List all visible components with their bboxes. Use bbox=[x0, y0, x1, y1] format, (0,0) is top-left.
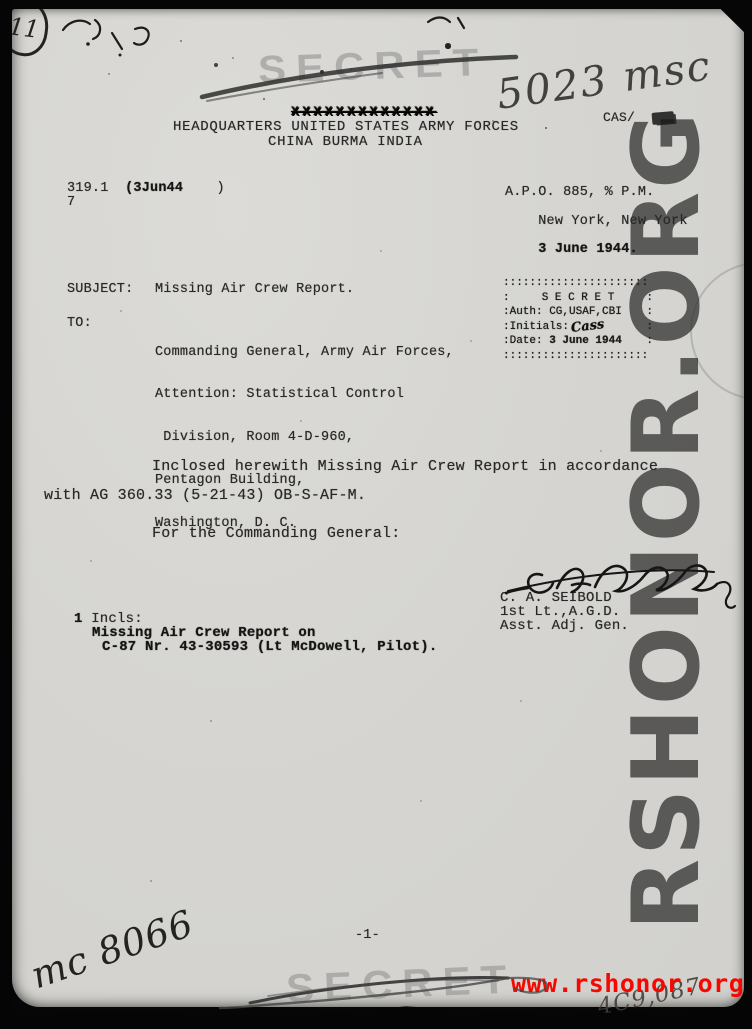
to-line: Attention: Statistical Control bbox=[155, 388, 454, 402]
body-line-1: Inclosed herewith Missing Air Crew Repor… bbox=[152, 460, 658, 474]
box-side: : bbox=[646, 305, 653, 320]
box-side: : bbox=[503, 291, 510, 306]
box-side: : bbox=[646, 291, 653, 306]
scan-border-right bbox=[744, 0, 752, 1029]
watermark-url: www.rshonor.org bbox=[511, 969, 744, 998]
date-line: 3 June 1944. bbox=[538, 242, 638, 257]
city-line: New York, New York bbox=[538, 214, 687, 229]
scan-border-top bbox=[0, 0, 752, 9]
enclosure-line-2: C-87 Nr. 43-30593 (Lt McDowell, Pilot). bbox=[102, 640, 437, 654]
station-block: A.P.O. 885, % P.M. New York, New York 3 … bbox=[505, 186, 688, 257]
classification-box: :::::::::::::::::::::: :S E C R E T: :Au… bbox=[503, 276, 653, 364]
to-label: TO: bbox=[67, 317, 92, 331]
cas-routing-line: CAS/ bbox=[603, 111, 635, 125]
to-line: Commanding General, Army Air Forces, bbox=[155, 346, 454, 360]
body-line-2: with AG 360.33 (5-21-43) OB-S-AF-M. bbox=[44, 489, 366, 503]
to-line: Division, Room 4-D-960, bbox=[155, 431, 454, 445]
header-command-line: HEADQUARTERS UNITED STATES ARMY FORCES bbox=[173, 120, 519, 134]
file-reference-line: 319.1 (3Jun44 ) bbox=[67, 182, 225, 196]
date-label: :Date: bbox=[503, 334, 549, 349]
circled-number-value: 11 bbox=[7, 12, 41, 44]
header-theater-line: CHINA BURMA INDIA bbox=[268, 135, 423, 149]
box-side: : bbox=[646, 320, 653, 335]
subject-label: SUBJECT: bbox=[67, 283, 133, 297]
file-date-note: (3Jun44 bbox=[125, 181, 183, 196]
subject-value: Missing Air Crew Report. bbox=[155, 283, 354, 297]
scanned-document-page: RSHONOR.ORG SECRET SECRET XXXXXXXXXXXXX … bbox=[0, 0, 752, 1029]
obliterated-text: XXXXXXXXXXXXX bbox=[291, 105, 437, 119]
classification-title: S E C R E T bbox=[510, 291, 647, 306]
classification-box-border-bottom: :::::::::::::::::::::: bbox=[503, 349, 653, 364]
classification-box-border-top: :::::::::::::::::::::: bbox=[503, 276, 653, 291]
enclosure-count: 1 bbox=[74, 611, 83, 627]
file-reference-line2: 7 bbox=[67, 196, 75, 210]
initials-label: :Initials: bbox=[503, 320, 569, 335]
secret-stamp-top: SECRET bbox=[257, 40, 489, 92]
box-side: : bbox=[646, 334, 653, 349]
file-number: 319.1 bbox=[67, 181, 109, 196]
auth-line: :Auth: CG,USAF,CBI bbox=[503, 305, 622, 320]
page-number: -1- bbox=[355, 929, 380, 943]
apo-line: A.P.O. 885, % P.M. bbox=[505, 185, 654, 200]
scan-border-left bbox=[0, 0, 12, 1029]
to-address-block: Commanding General, Army Air Forces, Att… bbox=[155, 317, 454, 560]
closing-line: For the Commanding General: bbox=[152, 527, 400, 541]
signature-title: Asst. Adj. Gen. bbox=[500, 619, 629, 633]
date-value: 3 June 1944 bbox=[549, 334, 622, 349]
file-paren: ) bbox=[216, 181, 224, 196]
ink-smudge bbox=[652, 111, 675, 125]
